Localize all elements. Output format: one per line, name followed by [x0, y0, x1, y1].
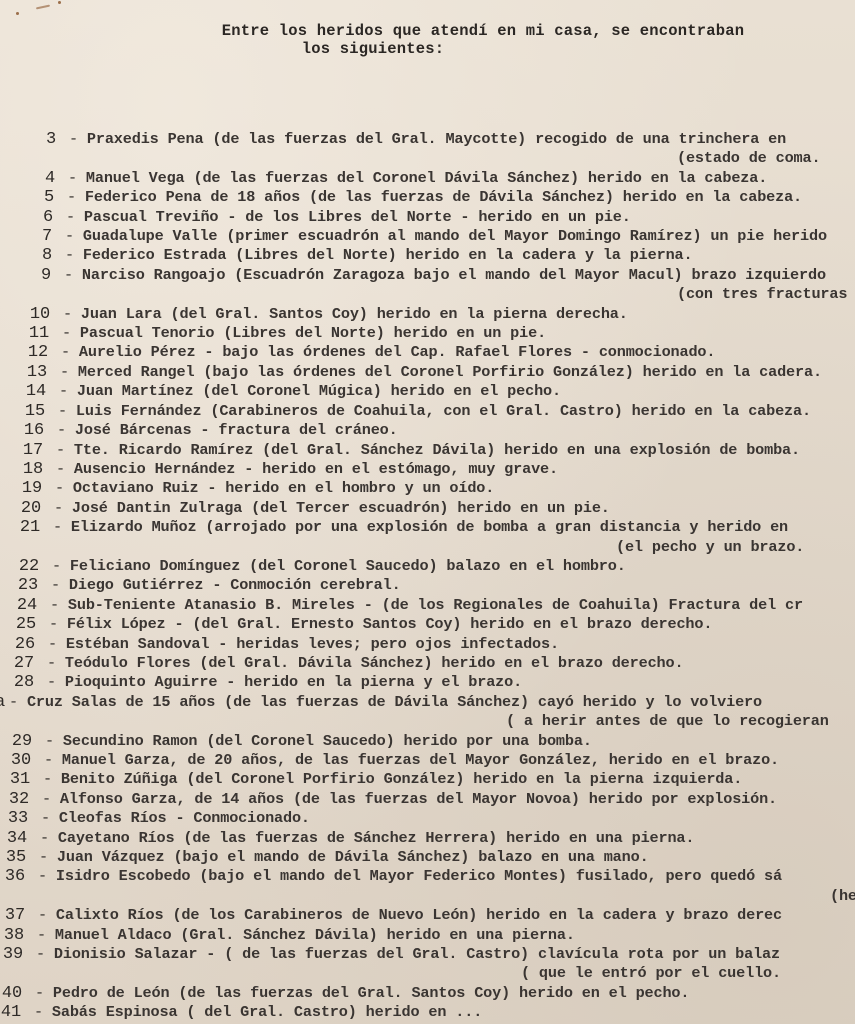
entry-text: Dionisio Salazar - ( de las fuerzas del …: [54, 945, 780, 963]
list-item: 39 - Dionisio Salazar - ( de las fuerzas…: [0, 945, 855, 984]
entry-number: 23: [0, 576, 42, 595]
entry-separator: -: [39, 635, 66, 653]
entry-text: Praxedis Pena (de las fuerzas del Gral. …: [87, 130, 786, 148]
list-item: 28a- Cruz Salas de 15 años (de las fuerz…: [0, 693, 855, 732]
list-item: 5 - Federico Pena de 18 años (de las fue…: [0, 188, 855, 207]
entry-number: 28: [0, 673, 38, 692]
ink-speck: [16, 12, 19, 15]
entry-number: 37: [0, 906, 29, 925]
list-item: 38 - Manuel Aldaco (Gral. Sánchez Dávila…: [0, 926, 855, 945]
entry-text: Federico Estrada (Libres del Norte) heri…: [83, 246, 693, 264]
list-item: 4 - Manuel Vega (de las fuerzas del Coro…: [0, 169, 855, 188]
list-item: 21 - Elizardo Muñoz (arrojado por una ex…: [0, 518, 855, 557]
entry-separator: -: [36, 732, 63, 750]
entry-text: Manuel Vega (de las fuerzas del Coronel …: [86, 169, 767, 187]
entry-text: Juan Martínez (del Coronel Múgica) herid…: [77, 382, 561, 400]
entry-separator: -: [51, 363, 78, 381]
entry-number: 11: [0, 324, 53, 343]
entry-separator: -: [46, 479, 73, 497]
entry-separator: -: [44, 518, 71, 536]
entry-number: 34: [0, 829, 31, 848]
entry-text: Manuel Aldaco (Gral. Sánchez Dávila) her…: [55, 926, 575, 944]
list-item: 23 - Diego Gutiérrez - Conmoción cerebra…: [0, 576, 855, 595]
entry-separator: -: [40, 615, 67, 633]
list-item: 34 - Cayetano Ríos (de las fuerzas de Sá…: [0, 829, 855, 848]
entry-separator: -: [56, 227, 83, 245]
entry-text: Feliciano Domínguez (del Coronel Saucedo…: [70, 557, 626, 575]
entry-separator: -: [30, 848, 57, 866]
entry-separator: -: [47, 441, 74, 459]
entry-number: 33: [0, 809, 32, 828]
list-item: 31 - Benito Zúñiga (del Coronel Porfirio…: [0, 770, 855, 789]
list-item: 8 - Federico Estrada (Libres del Norte) …: [0, 246, 855, 265]
entry-text: Pedro de León (de las fuerzas del Gral. …: [53, 984, 689, 1002]
entry-text: Juan Vázquez (bajo el mando de Dávila Sá…: [57, 848, 649, 866]
entry-number: 27: [0, 654, 38, 673]
entry-text: Calixto Ríos (de los Carabineros de Nuev…: [56, 906, 782, 924]
entry-text: Juan Lara (del Gral. Santos Coy) herido …: [81, 305, 628, 323]
entry-separator: -: [54, 305, 81, 323]
list-item: 33 - Cleofas Ríos - Conmocionado.: [0, 809, 855, 828]
entry-number: 41: [0, 1003, 25, 1022]
entry-number: 38: [0, 926, 28, 945]
list-item: 29 - Secundino Ramon (del Coronel Sauced…: [0, 732, 855, 751]
entry-separator: -: [26, 984, 53, 1002]
entry-number: 28a: [0, 693, 9, 712]
entry-separator: -: [43, 557, 70, 575]
entry-text: José Bárcenas - fractura del cráneo.: [75, 421, 398, 439]
entry-number: 25: [0, 615, 40, 634]
entry-number: 36: [0, 867, 29, 886]
entry-separator: -: [28, 926, 55, 944]
entry-text: Pioquinto Aguirre - herido en la pierna …: [65, 673, 522, 691]
entry-text: Pascual Treviño - de los Libres del Nort…: [84, 208, 631, 226]
entry-number: 40: [0, 984, 26, 1003]
list-item: 22 - Feliciano Domínguez (del Coronel Sa…: [0, 557, 855, 576]
entry-text: Teódulo Flores (del Gral. Dávila Sánchez…: [65, 654, 684, 672]
entry-separator: -: [42, 576, 69, 594]
entry-number: 3: [0, 130, 60, 149]
entry-number: 4: [0, 169, 59, 188]
entry-text: Cleofas Ríos - Conmocionado.: [59, 809, 310, 827]
list-item: 36 - Isidro Escobedo (bajo el mando del …: [0, 867, 855, 906]
list-item: 37 - Calixto Ríos (de los Carabineros de…: [0, 906, 855, 925]
entry-separator: -: [32, 809, 59, 827]
entry-separator: -: [52, 343, 79, 361]
list-item: 10 - Juan Lara (del Gral. Santos Coy) he…: [0, 305, 855, 324]
entry-separator: -: [41, 596, 68, 614]
entry-text: Merced Rangel (bajo las órdenes del Coro…: [78, 363, 822, 381]
entry-number: 14: [0, 382, 50, 401]
entry-separator: -: [59, 169, 86, 187]
entry-number: 15: [0, 402, 49, 421]
entry-text: Elizardo Muñoz (arrojado por una explosi…: [71, 518, 788, 536]
list-item: 14 - Juan Martínez (del Coronel Múgica) …: [0, 382, 855, 401]
entry-number: 7: [0, 227, 56, 246]
entry-separator: -: [38, 673, 65, 691]
entry-separator: -: [27, 945, 54, 963]
entry-number: 6: [0, 208, 57, 227]
entry-separator: -: [53, 324, 80, 342]
entry-text: Alfonso Garza, de 14 años (de las fuerza…: [60, 790, 777, 808]
entry-separator: -: [56, 246, 83, 264]
list-item: 19 - Octaviano Ruiz - herido en el hombr…: [0, 479, 855, 498]
entry-continuation: ( a herir antes de que lo recogieran: [0, 712, 855, 731]
entry-number: 13: [0, 363, 51, 382]
entry-separator: -: [9, 693, 27, 711]
list-item: 30 - Manuel Garza, de 20 años, de las fu…: [0, 751, 855, 770]
entry-text: Isidro Escobedo (bajo el mando del Mayor…: [56, 867, 782, 885]
list-item: 7 - Guadalupe Valle (primer escuadrón al…: [0, 227, 855, 246]
list-item: 15 - Luis Fernández (Carabineros de Coah…: [0, 402, 855, 421]
document-heading-line-1: Entre los heridos que atendí en mi casa,…: [138, 22, 828, 40]
entry-number: 24: [0, 596, 41, 615]
entry-number: 30: [0, 751, 35, 770]
entry-number: 5: [0, 188, 58, 207]
entry-number: 35: [0, 848, 30, 867]
document-heading-line-2: los siguientes:: [138, 40, 608, 58]
entry-text: Octaviano Ruiz - herido en el hombro y u…: [73, 479, 494, 497]
entry-separator: -: [29, 867, 56, 885]
list-item: 9 - Narciso Rangoajo (Escuadrón Zaragoza…: [0, 266, 855, 305]
entry-text: Sabás Espinosa ( del Gral. Castro) herid…: [52, 1003, 482, 1021]
ink-speck: [36, 5, 50, 10]
list-item: 41 - Sabás Espinosa ( del Gral. Castro) …: [0, 1003, 855, 1022]
entry-separator: -: [38, 654, 65, 672]
entry-separator: -: [49, 402, 76, 420]
entry-text: Secundino Ramon (del Coronel Saucedo) he…: [63, 732, 592, 750]
entry-separator: -: [58, 188, 85, 206]
entry-text: Narciso Rangoajo (Escuadrón Zaragoza baj…: [82, 266, 826, 284]
entry-separator: -: [33, 790, 60, 808]
entry-text: Aurelio Pérez - bajo las órdenes del Cap…: [79, 343, 715, 361]
entry-continuation: (estado de coma.: [0, 149, 855, 168]
entry-separator: -: [45, 499, 72, 517]
entry-number: 8: [0, 246, 56, 265]
entry-continuation: (con tres fracturas: [0, 285, 855, 304]
entry-number: 12: [0, 343, 52, 362]
entry-separator: -: [31, 829, 58, 847]
entry-number: 21: [0, 518, 44, 537]
list-item: 17 - Tte. Ricardo Ramírez (del Gral. Sán…: [0, 441, 855, 460]
list-item: 11 - Pascual Tenorio (Libres del Norte) …: [0, 324, 855, 343]
entry-separator: -: [47, 460, 74, 478]
list-item: 16 - José Bárcenas - fractura del cráneo…: [0, 421, 855, 440]
entry-separator: -: [34, 770, 61, 788]
list-item: 26 - Estéban Sandoval - heridas leves; p…: [0, 635, 855, 654]
entry-text: José Dantin Zulraga (del Tercer escuadró…: [72, 499, 610, 517]
entry-text: Cayetano Ríos (de las fuerzas de Sánchez…: [58, 829, 694, 847]
entry-continuation: ( que le entró por el cuello.: [0, 964, 855, 983]
list-item: 40 - Pedro de León (de las fuerzas del G…: [0, 984, 855, 1003]
entry-separator: -: [50, 382, 77, 400]
list-item: 25 - Félix López - (del Gral. Ernesto Sa…: [0, 615, 855, 634]
list-item: 35 - Juan Vázquez (bajo el mando de Dávi…: [0, 848, 855, 867]
typewritten-document-page: Entre los heridos que atendí en mi casa,…: [0, 0, 855, 1024]
entry-continuation: (her: [0, 887, 855, 906]
entry-number: 32: [0, 790, 33, 809]
entry-text: Guadalupe Valle (primer escuadrón al man…: [83, 227, 827, 245]
entry-text: Ausencio Hernández - herido en el estóma…: [74, 460, 558, 478]
entry-number: 17: [0, 441, 47, 460]
list-item: 12 - Aurelio Pérez - bajo las órdenes de…: [0, 343, 855, 362]
entry-number: 26: [0, 635, 39, 654]
list-item: 13 - Merced Rangel (bajo las órdenes del…: [0, 363, 855, 382]
entry-text: Félix López - (del Gral. Ernesto Santos …: [67, 615, 712, 633]
entry-number: 10: [0, 305, 54, 324]
entry-number: 29: [0, 732, 36, 751]
entry-number: 20: [0, 499, 45, 518]
entry-text: Manuel Garza, de 20 años, de las fuerzas…: [62, 751, 779, 769]
list-item: 20 - José Dantin Zulraga (del Tercer esc…: [0, 499, 855, 518]
list-item: 6 - Pascual Treviño - de los Libres del …: [0, 208, 855, 227]
list-item: 24 - Sub-Teniente Atanasio B. Mireles - …: [0, 596, 855, 615]
entry-text: Sub-Teniente Atanasio B. Mireles - (de l…: [68, 596, 803, 614]
entry-number: 16: [0, 421, 48, 440]
entry-separator: -: [25, 1003, 52, 1021]
entry-separator: -: [35, 751, 62, 769]
entry-separator: -: [57, 208, 84, 226]
entry-text: Estéban Sandoval - heridas leves; pero o…: [66, 635, 559, 653]
entry-text: Pascual Tenorio (Libres del Norte) herid…: [80, 324, 546, 342]
entry-number: 22: [0, 557, 43, 576]
wounded-list: 3 - Praxedis Pena (de las fuerzas del Gr…: [0, 130, 855, 1023]
entry-number: 31: [0, 770, 34, 789]
list-item: 32 - Alfonso Garza, de 14 años (de las f…: [0, 790, 855, 809]
entry-separator: -: [55, 266, 82, 284]
entry-separator: -: [60, 130, 87, 148]
entry-separator: -: [29, 906, 56, 924]
entry-text: Luis Fernández (Carabineros de Coahuila,…: [76, 402, 811, 420]
entry-number: 19: [0, 479, 46, 498]
entry-separator: -: [48, 421, 75, 439]
list-item: 3 - Praxedis Pena (de las fuerzas del Gr…: [0, 130, 855, 169]
entry-text: Benito Zúñiga (del Coronel Porfirio Gonz…: [61, 770, 742, 788]
entry-continuation: (el pecho y un brazo.: [0, 538, 855, 557]
entry-number: 18: [0, 460, 47, 479]
entry-text: Cruz Salas de 15 años (de las fuerzas de…: [27, 693, 762, 711]
entry-text: Tte. Ricardo Ramírez (del Gral. Sánchez …: [74, 441, 800, 459]
list-item: 18 - Ausencio Hernández - herido en el e…: [0, 460, 855, 479]
ink-speck: [58, 1, 61, 4]
entry-number: 39: [0, 945, 27, 964]
list-item: 28 - Pioquinto Aguirre - herido en la pi…: [0, 673, 855, 692]
entry-text: Federico Pena de 18 años (de las fuerzas…: [85, 188, 802, 206]
entry-number: 9: [0, 266, 55, 285]
list-item: 27 - Teódulo Flores (del Gral. Dávila Sá…: [0, 654, 855, 673]
entry-text: Diego Gutiérrez - Conmoción cerebral.: [69, 576, 401, 594]
